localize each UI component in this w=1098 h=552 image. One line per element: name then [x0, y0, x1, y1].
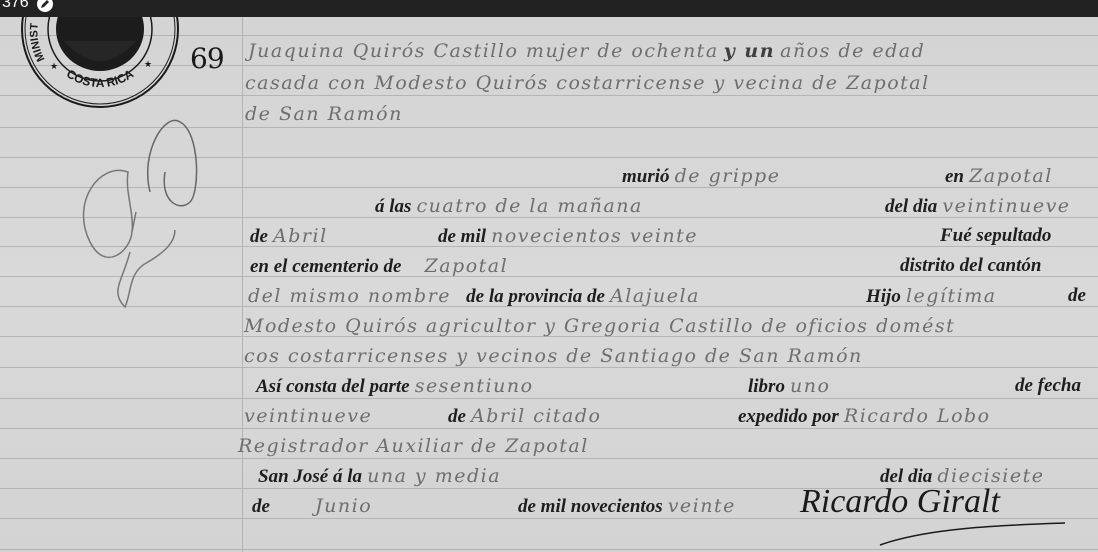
signature-flourish	[870, 517, 1070, 547]
page-number: 376	[2, 0, 29, 11]
record-line-8c: de	[1068, 285, 1086, 307]
ministry-seal-icon: COSTA RICA MINIST LICIA ★ ★	[20, 17, 180, 109]
record-line-2: casada con Modesto Quirós costarricense …	[245, 72, 930, 94]
record-line-15b: de mil novecientos veinte	[518, 495, 736, 518]
record-line-8b: Hijo legítima	[866, 285, 997, 308]
pencil-circle-icon[interactable]	[37, 0, 53, 12]
margin-line	[242, 17, 243, 552]
record-line-11b: libro uno	[748, 375, 830, 398]
document-page: COSTA RICA MINIST LICIA ★ ★ 69 Juaquina …	[0, 17, 1098, 552]
viewer-toolbar: 376	[0, 0, 1098, 17]
record-line-6c: Fué sepultado	[940, 225, 1051, 247]
record-line-7a: en el cementerio de Zapotal	[250, 255, 508, 278]
record-line-11c: de fecha	[1015, 375, 1081, 397]
record-line-4b: en Zapotal	[945, 165, 1053, 188]
svg-text:LICIA: LICIA	[149, 17, 172, 18]
ruled-line	[0, 367, 1098, 368]
record-line-15a: de Junio	[252, 495, 372, 518]
record-line-6b: de mil novecientos veinte	[438, 225, 698, 248]
record-line-10: cos costarricenses y vecinos de Santiago…	[244, 345, 863, 367]
record-line-9: Modesto Quirós agricultor y Gregoria Cas…	[244, 315, 955, 337]
record-line-3: de San Ramón	[245, 103, 403, 125]
record-line-8: del mismo nombre de la provincia de Alaj…	[248, 285, 700, 308]
svg-text:★: ★	[50, 62, 58, 72]
svg-text:★: ★	[144, 60, 152, 70]
record-line-1: Juaquina Quirós Castillo mujer de ochent…	[248, 40, 925, 62]
ruled-line	[0, 549, 1098, 550]
record-line-12c: expedido por Ricardo Lobo	[738, 405, 991, 428]
record-line-4a: murió de grippe	[622, 165, 780, 188]
record-line-12b: de Abril citado	[448, 405, 601, 428]
record-line-5a: á las cuatro de la mañana	[375, 195, 643, 218]
record-line-14a: San José á la una y media	[258, 465, 501, 488]
ruled-line	[0, 398, 1098, 399]
record-line-13: Registrador Auxiliar de Zapotal	[238, 435, 589, 457]
ruled-line	[0, 458, 1098, 459]
record-line-11a: Así consta del parte sesentiuno	[256, 375, 534, 398]
registrar-signature: Ricardo Giralt	[800, 483, 1000, 521]
record-line-12a: veintinueve	[244, 405, 372, 427]
svg-text:MINIST: MINIST	[28, 22, 47, 63]
ruled-line	[0, 428, 1098, 429]
record-line-5b: del dia veintinueve	[885, 195, 1071, 218]
record-line-6a: de Abril	[250, 225, 328, 248]
entry-number: 69	[190, 42, 224, 75]
margin-note-scribble	[70, 112, 220, 312]
record-line-7b: distrito del cantón	[900, 255, 1041, 277]
